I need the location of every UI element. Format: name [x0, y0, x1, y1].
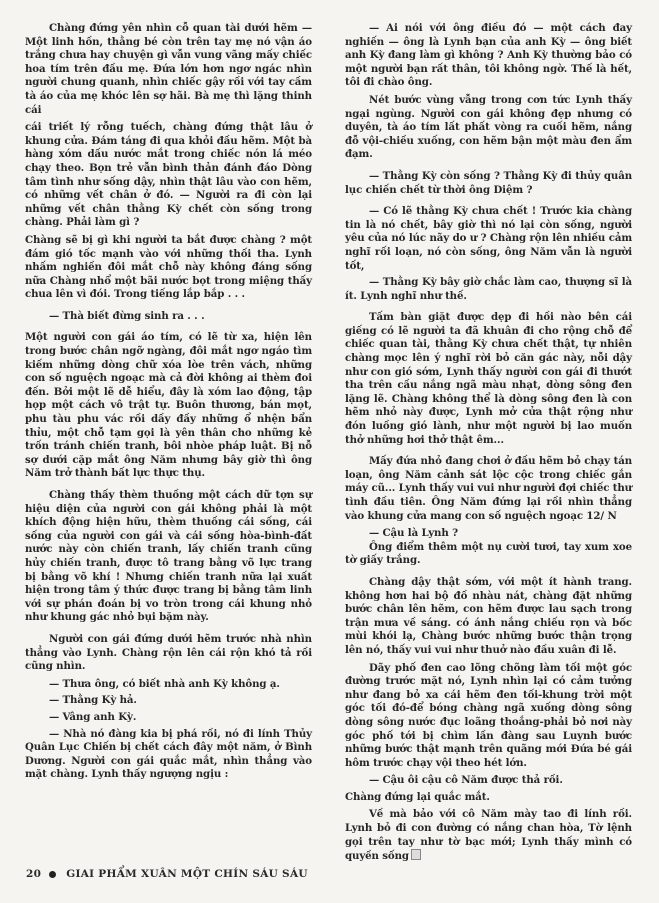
paragraph: Ông điểm thêm một nụ cười tươi, tay xum …: [345, 541, 632, 568]
paragraph: Chàng thấy thèm thuồng một cách dữ tợn s…: [25, 489, 312, 625]
dialog-line: — Thằng Kỳ còn sống ? Thằng Kỳ đi thủy q…: [345, 170, 632, 197]
paragraph: Chàng đứng yên nhìn cỗ quan tài dưới hẽm…: [25, 22, 312, 117]
paragraph: Người con gái đứng dưới hẽm trước nhà nh…: [25, 633, 312, 674]
final-text: Về mà bảo với cô Năm mày tao đi lính rồi…: [345, 808, 632, 862]
dialog-line: — Nhà nó đàng kia bị phá rồi, nó đi lính…: [25, 728, 312, 782]
paragraph: Dãy phố đen cao lõng chõng làm tối một g…: [345, 662, 632, 771]
right-column: — Ai nói với ông điều đó — một cách đay …: [345, 22, 632, 868]
publication-title: GIAI PHẨM XUÂN MỘT CHÍN SÁU SÁU: [66, 868, 308, 880]
paragraph: Tấm bàn giặt được dẹp đi hồi nào bên cái…: [345, 311, 632, 447]
left-column: Chàng đứng yên nhìn cỗ quan tài dưới hẽm…: [25, 22, 312, 785]
magazine-page: Chàng đứng yên nhìn cỗ quan tài dưới hẽm…: [0, 0, 659, 903]
paragraph: Chàng đứng lại quắc mắt.: [345, 791, 632, 805]
dialog-line: — Thằng Kỳ hả.: [25, 694, 312, 708]
paragraph: cái triết lý rỗng tuếch, chàng đứng thật…: [25, 121, 312, 230]
paragraph: — Ai nói với ông điều đó — một cách đay …: [345, 22, 632, 90]
dialog-line: — Thà biết đừng sinh ra . . .: [25, 310, 312, 324]
paragraph-final: Về mà bảo với cô Năm mày tao đi lính rồi…: [345, 808, 632, 863]
paragraph: Nét bước vùng vẫng trong cơn tức Lynh th…: [345, 94, 632, 162]
dialog-line: — Cậu là Lynh ?: [345, 527, 632, 541]
dialog-line: — Thằng Kỳ bây giờ chắc làm cao, thượng …: [345, 276, 632, 303]
paragraph: Mấy đứa nhỏ đang chơi ở đầu hẽm bỏ chạy …: [345, 455, 632, 523]
dialog-line: — Thưa ông, có biết nhà anh Kỳ không ạ.: [25, 678, 312, 692]
bullet-icon: [49, 871, 56, 878]
end-of-article-mark-icon: [411, 849, 421, 860]
paragraph: Một người con gái áo tím, có lẽ từ xa, h…: [25, 331, 312, 481]
dialog-line: — Vâng anh Kỳ.: [25, 711, 312, 725]
dialog-line: — Có lẽ thằng Kỳ chưa chết ! Trước kia c…: [345, 205, 632, 273]
paragraph: Chàng dậy thật sớm, với một ít hành tran…: [345, 576, 632, 658]
page-number: 20: [26, 868, 41, 880]
paragraph: Chàng sẽ bị gì khi người ta bắt được chà…: [25, 234, 312, 302]
dialog-line: — Cậu ôi cậu cô Năm được thả rồi.: [345, 774, 632, 788]
page-footer: 20 GIAI PHẨM XUÂN MỘT CHÍN SÁU SÁU: [26, 868, 308, 880]
